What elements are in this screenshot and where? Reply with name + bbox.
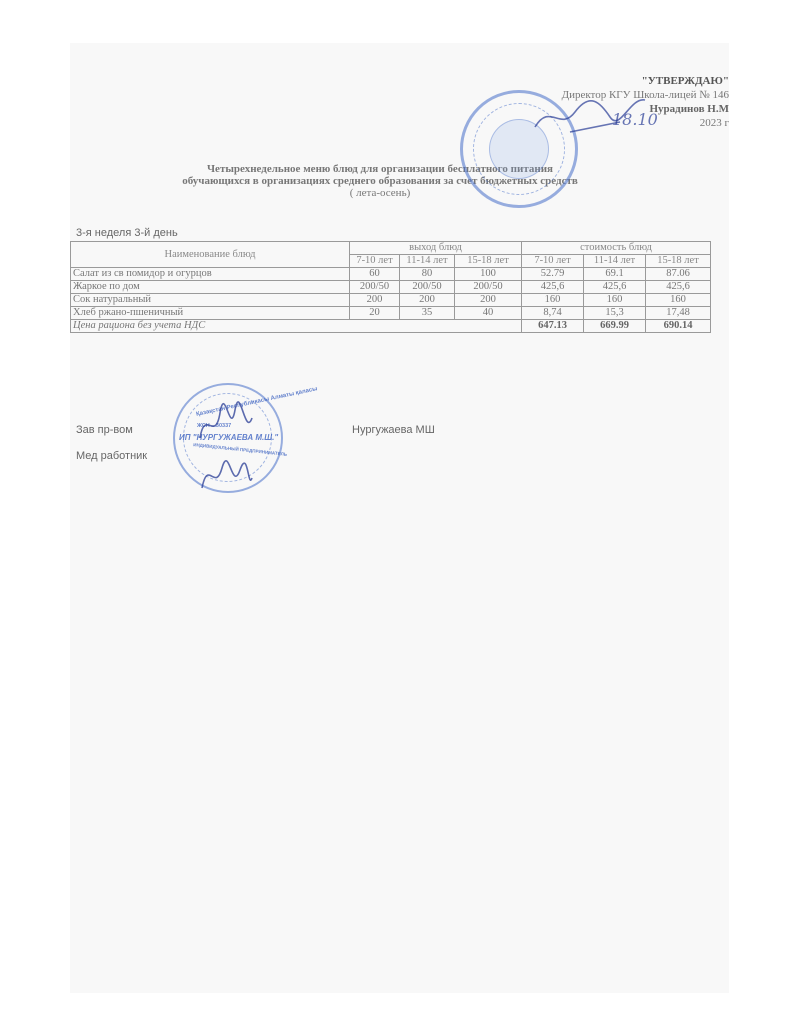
cost-value: 160: [646, 294, 711, 307]
output-value: 200: [400, 294, 455, 307]
header-output-age-3: 15-18 лет: [455, 255, 522, 268]
output-value: 200/50: [350, 281, 400, 294]
header-cost-age-1: 7-10 лет: [522, 255, 584, 268]
cost-value: 160: [522, 294, 584, 307]
cost-value: 17,48: [646, 307, 711, 320]
dish-name: Хлеб ржано-пшеничный: [71, 307, 350, 320]
production-head-name: Нургужаева МШ: [352, 424, 435, 436]
output-value: 200: [455, 294, 522, 307]
table-row: Сок натуральный 200 200 200 160 160 160: [71, 294, 711, 307]
output-value: 35: [400, 307, 455, 320]
week-day-label: 3-я неделя 3-й день: [76, 227, 178, 239]
header-output-age-2: 11-14 лет: [400, 255, 455, 268]
cost-value: 425,6: [646, 281, 711, 294]
table-row: Хлеб ржано-пшеничный 20 35 40 8,74 15,3 …: [71, 307, 711, 320]
director-signature: [530, 92, 650, 142]
output-value: 200/50: [400, 281, 455, 294]
cost-value: 87.06: [646, 268, 711, 281]
table-total-row: Цена рациона без учета НДС 647.13 669.99…: [71, 320, 711, 333]
cost-value: 8,74: [522, 307, 584, 320]
approval-heading: "УТВЕРЖДАЮ": [642, 75, 729, 88]
output-value: 40: [455, 307, 522, 320]
dish-name: Салат из св помидор и огурцов: [71, 268, 350, 281]
menu-table: Наименование блюд выход блюд стоимость б…: [70, 241, 711, 333]
header-output: выход блюд: [350, 242, 522, 255]
cost-value: 160: [584, 294, 646, 307]
medic-label: Мед работник: [76, 450, 147, 462]
output-value: 200/50: [455, 281, 522, 294]
cost-value: 52.79: [522, 268, 584, 281]
output-value: 80: [400, 268, 455, 281]
cost-value: 425,6: [522, 281, 584, 294]
header-cost: стоимость блюд: [522, 242, 711, 255]
approval-year: 2023 г: [700, 117, 729, 130]
total-value: 690.14: [646, 320, 711, 333]
output-value: 200: [350, 294, 400, 307]
output-value: 100: [455, 268, 522, 281]
handwritten-signatures: [190, 398, 260, 498]
dish-name: Сок натуральный: [71, 294, 350, 307]
header-cost-age-2: 11-14 лет: [584, 255, 646, 268]
production-head-label: Зав пр-вом: [76, 424, 133, 436]
cost-value: 425,6: [584, 281, 646, 294]
approval-name: Нурадинов Н.М: [649, 103, 729, 116]
cost-value: 69.1: [584, 268, 646, 281]
output-value: 20: [350, 307, 400, 320]
header-cost-age-3: 15-18 лет: [646, 255, 711, 268]
total-label: Цена рациона без учета НДС: [71, 320, 522, 333]
table-row: Салат из св помидор и огурцов 60 80 100 …: [71, 268, 711, 281]
header-output-age-1: 7-10 лет: [350, 255, 400, 268]
total-value: 647.13: [522, 320, 584, 333]
cost-value: 15,3: [584, 307, 646, 320]
table-row: Жаркое по дом 200/50 200/50 200/50 425,6…: [71, 281, 711, 294]
header-dish-name: Наименование блюд: [71, 242, 350, 268]
dish-name: Жаркое по дом: [71, 281, 350, 294]
output-value: 60: [350, 268, 400, 281]
total-value: 669.99: [584, 320, 646, 333]
